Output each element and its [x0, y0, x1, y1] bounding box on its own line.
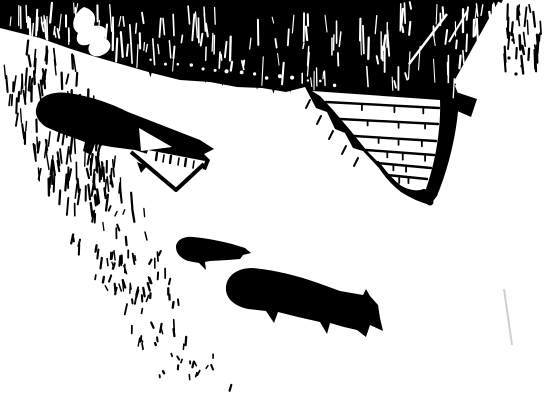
edge-dot: [214, 69, 217, 72]
hatch-stroke: [157, 252, 158, 261]
white-slit: [231, 62, 232, 71]
hatch-stroke: [178, 299, 179, 305]
white-slit: [288, 29, 289, 45]
hatch-stroke: [171, 354, 172, 357]
hatch-stroke: [535, 50, 536, 69]
hatch-stroke: [54, 175, 55, 192]
edge-dot: [149, 58, 152, 61]
white-slit: [136, 23, 137, 33]
edge-dot: [224, 69, 228, 73]
hatch-stroke: [95, 196, 96, 206]
hatch-stroke: [516, 48, 517, 59]
white-slit: [130, 25, 131, 44]
hatch-stroke: [78, 179, 79, 192]
hatch-stroke: [173, 302, 174, 308]
edge-dot: [265, 76, 269, 80]
white-slit: [127, 45, 128, 56]
hatch-stroke: [74, 139, 75, 154]
hatch-stroke: [103, 167, 104, 181]
white-slit: [324, 71, 325, 85]
fin-tick: [163, 155, 164, 162]
white-slit: [459, 56, 460, 69]
hatch-stroke: [37, 137, 38, 149]
hatch-stroke: [126, 237, 127, 245]
hatch-stroke: [12, 95, 13, 106]
white-slit: [456, 41, 457, 49]
hatch-dot: [507, 56, 510, 59]
hatch-stroke: [19, 92, 20, 101]
hatch-stroke: [540, 21, 541, 34]
white-slit: [173, 46, 174, 58]
white-slit: [409, 22, 410, 35]
hatch-stroke: [132, 299, 133, 303]
white-slit: [404, 3, 405, 23]
hatch-dot: [520, 64, 523, 67]
hatch-stroke: [29, 77, 30, 91]
hatch-dot: [511, 38, 514, 41]
edge-dot: [319, 80, 322, 83]
hatch-stroke: [6, 76, 7, 92]
hatch-stroke: [26, 122, 27, 131]
hatch-stroke: [130, 283, 131, 293]
hatch-stroke: [26, 68, 27, 85]
hatch-stroke: [135, 256, 136, 260]
hatch-stroke: [144, 208, 145, 216]
white-slit: [230, 37, 231, 61]
white-slit: [382, 47, 383, 61]
hatch-stroke: [143, 288, 144, 296]
hatch-stroke: [520, 35, 521, 49]
white-slit: [219, 52, 220, 68]
hatch-stroke: [72, 54, 73, 68]
white-slit: [363, 26, 364, 54]
edge-dot: [307, 79, 309, 81]
white-slit: [221, 54, 222, 60]
edge-dot: [333, 84, 336, 87]
white-slit: [74, 3, 75, 13]
hatch-stroke: [27, 40, 28, 54]
hatch-stroke: [107, 259, 108, 266]
illustration-svg: [0, 0, 550, 402]
hatch-stroke: [111, 169, 112, 184]
white-slit: [466, 34, 467, 51]
white-slit: [361, 34, 362, 55]
hatch-stroke: [169, 279, 170, 285]
hatch-stroke: [539, 33, 540, 41]
hatch-stroke: [505, 47, 506, 63]
fin-tick: [185, 159, 186, 166]
hatch-stroke: [112, 253, 113, 259]
hatch-stroke: [35, 145, 36, 158]
hatch-stroke: [192, 362, 193, 368]
white-slit: [392, 77, 393, 90]
hatch-stroke: [528, 49, 529, 60]
hatch-stroke: [16, 98, 17, 113]
hatch-dot: [514, 72, 517, 75]
edge-dot: [253, 72, 256, 75]
hatch-stroke: [97, 250, 98, 259]
white-slit: [37, 18, 38, 31]
white-slit: [212, 33, 213, 51]
hatch-stroke: [65, 174, 66, 190]
fin-tick: [178, 158, 179, 165]
white-slit: [463, 51, 464, 64]
fin-tick: [193, 161, 194, 168]
hatch-stroke: [76, 73, 77, 86]
white-slit: [368, 38, 369, 59]
white-slit: [123, 17, 124, 26]
illustration-canvas: Black-and-white ink drawing: aerial bomb…: [0, 0, 550, 402]
hatch-stroke: [34, 71, 35, 84]
white-slit: [443, 7, 444, 18]
hatch-stroke: [157, 337, 158, 341]
hatch-stroke: [25, 87, 26, 104]
edge-dot: [164, 63, 167, 66]
white-slit: [306, 27, 307, 40]
white-slit: [303, 43, 304, 48]
white-slit: [275, 39, 276, 48]
hatch-stroke: [142, 309, 143, 314]
white-slit: [402, 27, 403, 32]
hatch-stroke: [537, 35, 538, 46]
white-slit: [26, 5, 27, 22]
edge-dot: [202, 67, 205, 70]
hatch-stroke: [181, 359, 182, 362]
hatch-stroke: [21, 109, 22, 122]
hatch-stroke: [95, 275, 96, 279]
white-slit: [323, 72, 324, 79]
hatch-stroke: [186, 337, 187, 345]
hatch-stroke: [100, 258, 101, 268]
edge-dot: [177, 63, 180, 66]
hatch-stroke: [70, 138, 72, 154]
hatch-stroke: [155, 343, 156, 345]
white-slit: [377, 56, 378, 63]
hatch-stroke: [59, 191, 60, 205]
white-slit: [131, 44, 132, 63]
white-slit: [215, 8, 216, 25]
hatch-stroke: [62, 73, 63, 89]
edge-dot: [190, 63, 193, 66]
white-slit: [436, 5, 437, 25]
white-slit: [116, 39, 117, 62]
bow-tip: [427, 199, 434, 206]
hatch-stroke: [140, 336, 141, 342]
white-slit: [173, 14, 174, 35]
hatch-stroke: [96, 157, 97, 173]
edge-dot: [240, 70, 244, 74]
hatch-stroke: [537, 45, 538, 63]
white-slit: [144, 43, 145, 51]
hatch-stroke: [142, 344, 143, 350]
hatch-stroke: [38, 168, 39, 181]
fin-tick: [170, 156, 171, 163]
hatch-stroke: [527, 20, 528, 34]
hatch-stroke: [163, 371, 164, 373]
edge-dot: [290, 76, 294, 80]
edge-dot: [278, 74, 282, 78]
hatch-stroke: [131, 193, 132, 209]
hatch-stroke: [95, 245, 96, 251]
white-slit: [181, 35, 182, 42]
fin-tick: [156, 153, 157, 160]
hatch-stroke: [103, 277, 104, 283]
hatch-stroke: [174, 320, 175, 331]
hatch-stroke: [522, 46, 524, 54]
